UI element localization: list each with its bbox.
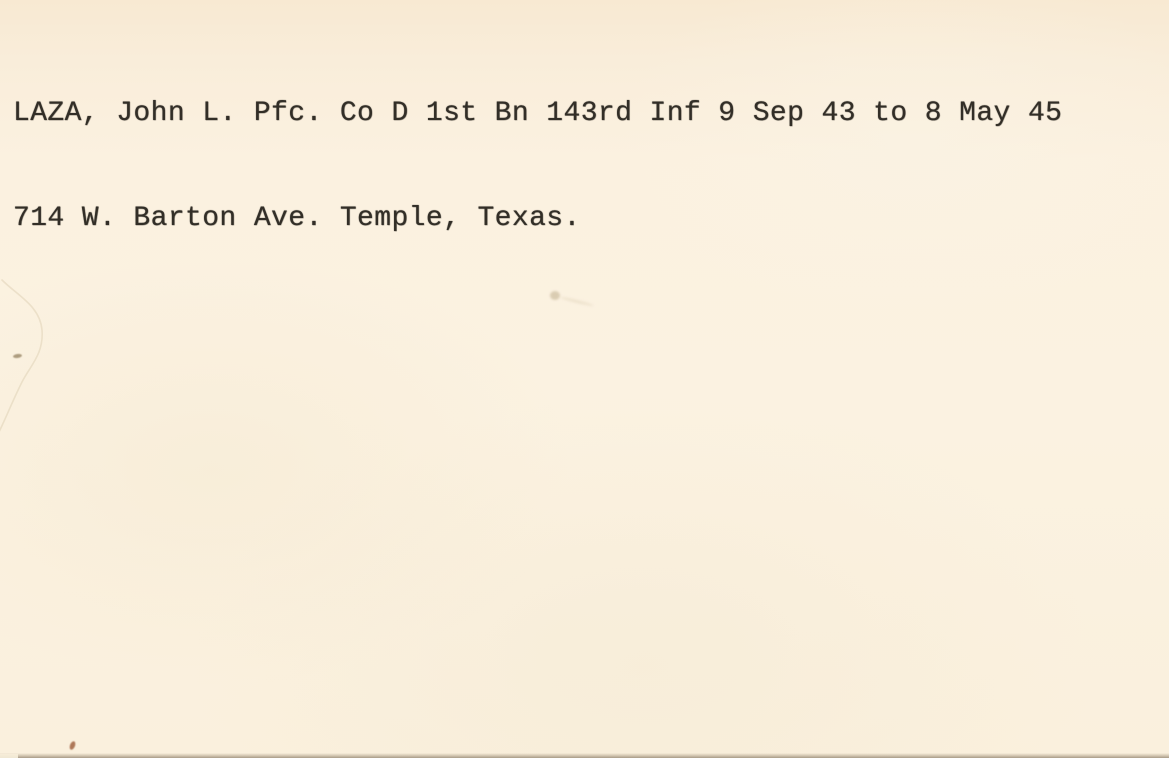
scanned-index-card: LAZA, John L. Pfc. Co D 1st Bn 143rd Inf…: [0, 0, 1169, 758]
text-line-service-record: LAZA, John L. Pfc. Co D 1st Bn 143rd Inf…: [13, 96, 1062, 131]
scan-edge-shadow: [0, 753, 1169, 758]
paper-speck: [550, 291, 560, 300]
scan-edge-nick: [0, 754, 18, 758]
paper-speck: [68, 740, 76, 750]
paper-crease: [0, 278, 70, 448]
typewritten-text-block: LAZA, John L. Pfc. Co D 1st Bn 143rd Inf…: [13, 26, 1062, 306]
text-line-address: 714 W. Barton Ave. Temple, Texas.: [13, 201, 1062, 236]
